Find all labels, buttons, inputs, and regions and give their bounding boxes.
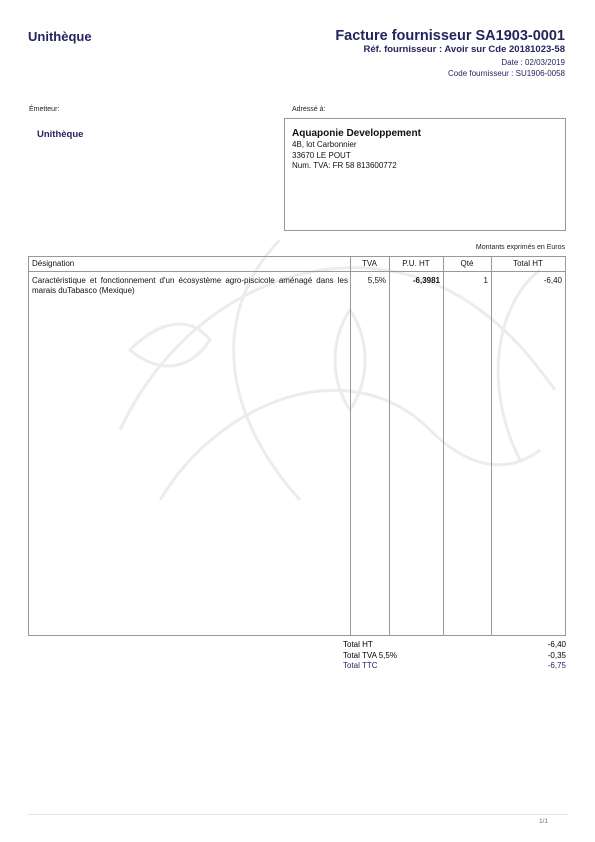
- recipient-address-line1: 4B, lot Carbonnier: [292, 140, 421, 151]
- total-ht-value: -6,40: [548, 640, 566, 651]
- header-divider: [29, 271, 565, 272]
- line-quantity: 1: [443, 276, 488, 286]
- supplier-reference: Réf. fournisseur : Avoir sur Cde 2018102…: [363, 44, 565, 55]
- sender-label: Émetteur:: [29, 106, 59, 113]
- invoice-date: Date : 02/03/2019: [501, 58, 565, 67]
- recipient-address: Aquaponie Developpement 4B, lot Carbonni…: [292, 128, 421, 172]
- column-header-tva: TVA: [350, 259, 389, 268]
- column-header-total-ht: Total HT: [491, 259, 565, 268]
- totals-block: Total HT -6,40 Total TVA 5,5% -0,35 Tota…: [343, 640, 566, 672]
- total-ht-row: Total HT -6,40: [343, 640, 566, 651]
- column-divider: [350, 257, 351, 635]
- sender-name: Unithèque: [37, 129, 83, 140]
- column-divider: [491, 257, 492, 635]
- line-designation: Caractéristique et fonctionnement d'un é…: [32, 276, 348, 296]
- total-tva-label: Total TVA 5,5%: [343, 651, 397, 662]
- column-header-designation: Désignation: [32, 259, 74, 268]
- page-number: 1/1: [539, 818, 548, 825]
- invoice-title: Facture fournisseur SA1903-0001: [335, 28, 565, 44]
- total-ht-label: Total HT: [343, 640, 373, 651]
- currency-note: Montants exprimés en Euros: [476, 244, 565, 251]
- line-tva: 5,5%: [350, 276, 386, 286]
- total-ttc-label: Total TTC: [343, 661, 378, 672]
- company-name: Unithèque: [28, 29, 92, 44]
- supplier-code: Code fournisseur : SU1906-0058: [448, 69, 565, 78]
- column-divider: [389, 257, 390, 635]
- recipient-vat: Num. TVA: FR 58 813600772: [292, 161, 421, 172]
- footer-divider: [28, 814, 568, 815]
- total-tva-value: -0,35: [548, 651, 566, 662]
- line-unit-price: -6,3981: [389, 276, 440, 286]
- recipient-label: Adressé à:: [292, 106, 325, 113]
- column-header-pu-ht: P.U. HT: [389, 259, 443, 268]
- column-header-qty: Qté: [443, 259, 491, 268]
- recipient-name: Aquaponie Developpement: [292, 128, 421, 140]
- invoice-lines-table: Désignation TVA P.U. HT Qté Total HT Car…: [28, 256, 566, 636]
- column-divider: [443, 257, 444, 635]
- total-ttc-row: Total TTC -6,75: [343, 661, 566, 672]
- recipient-address-line2: 33670 LE POUT: [292, 151, 421, 162]
- total-tva-row: Total TVA 5,5% -0,35: [343, 651, 566, 662]
- total-ttc-value: -6,75: [548, 661, 566, 672]
- line-total-ht: -6,40: [491, 276, 562, 286]
